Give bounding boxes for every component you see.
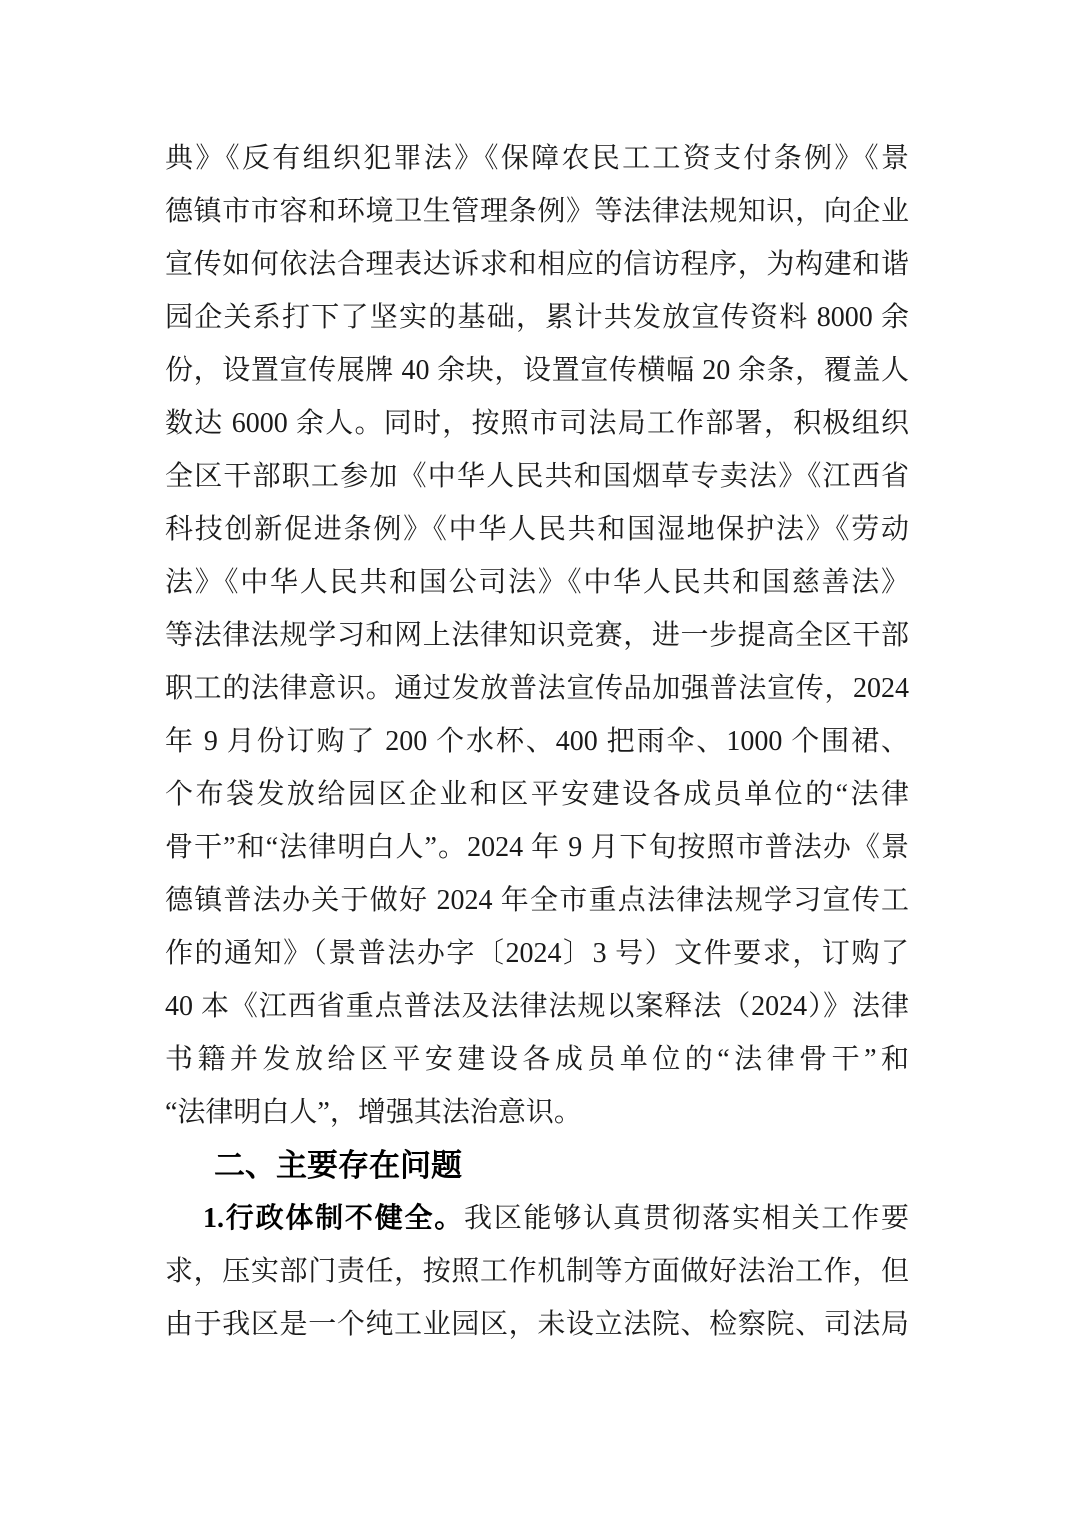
document-page: 典》《反有组织犯罪法》《保障农民工工资支付条例》《景德镇市市容和环境卫生管理条例…	[0, 0, 1074, 1520]
document-line: 科技创新促进条例》《中华人民共和国湿地保护法》《劳动	[165, 503, 909, 556]
text-run: 典》《反有组织犯罪法》《保障农民工工资支付条例》《景	[165, 143, 909, 174]
text-run: 个布袋发放给园区企业和区平安建设各成员单位的“法律	[165, 779, 909, 810]
document-line: 骨干”和“法律明白人”。2024 年 9 月下旬按照市普法办《景	[165, 821, 909, 874]
bold-run: 1.行政体制不健全。	[203, 1203, 464, 1234]
document-line: 职工的法律意识。通过发放普法宣传品加强普法宣传，2024	[165, 662, 909, 715]
text-run: 德镇市市容和环境卫生管理条例》等法律法规知识，向企业	[165, 196, 909, 227]
text-run: 德镇普法办关于做好 2024 年全市重点法律法规学习宣传工	[165, 885, 909, 916]
document-line: 作的通知》（景普法办字〔2024〕3 号）文件要求，订购了	[165, 927, 909, 980]
section-heading: 二、主要存在问题	[165, 1139, 909, 1192]
document-line: 由于我区是一个纯工业园区，未设立法院、检察院、司法局	[165, 1298, 909, 1351]
text-run: 由于我区是一个纯工业园区，未设立法院、检察院、司法局	[165, 1309, 909, 1340]
document-line: 求，压实部门责任，按照工作机制等方面做好法治工作，但	[165, 1245, 909, 1298]
text-run: 法》《中华人民共和国公司法》《中华人民共和国慈善法》	[165, 567, 909, 598]
document-line: 等法律法规学习和网上法律知识竞赛，进一步提高全区干部	[165, 609, 909, 662]
text-run: 作的通知》（景普法办字〔2024〕3 号）文件要求，订购了	[165, 938, 909, 969]
text-run: 科技创新促进条例》《中华人民共和国湿地保护法》《劳动	[165, 514, 909, 545]
document-line: 宣传如何依法合理表达诉求和相应的信访程序，为构建和谐	[165, 238, 909, 291]
text-run: 求，压实部门责任，按照工作机制等方面做好法治工作，但	[165, 1256, 909, 1287]
text-run: 骨干”和“法律明白人”。2024 年 9 月下旬按照市普法办《景	[165, 832, 909, 863]
text-run: 职工的法律意识。通过发放普法宣传品加强普法宣传，2024	[165, 673, 909, 704]
document-line: 园企关系打下了坚实的基础，累计共发放宣传资料 8000 余	[165, 291, 909, 344]
document-line: 典》《反有组织犯罪法》《保障农民工工资支付条例》《景	[165, 132, 909, 185]
document-line: 1.行政体制不健全。我区能够认真贯彻落实相关工作要	[165, 1192, 909, 1245]
document-line: 德镇普法办关于做好 2024 年全市重点法律法规学习宣传工	[165, 874, 909, 927]
document-line: 年 9 月份订购了 200 个水杯、400 把雨伞、1000 个围裙、1000	[165, 715, 909, 768]
document-line: 个布袋发放给园区企业和区平安建设各成员单位的“法律	[165, 768, 909, 821]
text-run: 等法律法规学习和网上法律知识竞赛，进一步提高全区干部	[165, 620, 909, 651]
text-run: 40 本《江西省重点普法及法律法规以案释法（2024）》法律	[165, 991, 909, 1022]
document-line: 全区干部职工参加《中华人民共和国烟草专卖法》《江西省	[165, 450, 909, 503]
document-line: 40 本《江西省重点普法及法律法规以案释法（2024）》法律	[165, 980, 909, 1033]
text-run: 数达 6000 余人。同时，按照市司法局工作部署，积极组织	[165, 408, 909, 439]
document-line: 书籍并发放给区平安建设各成员单位的“法律骨干”和	[165, 1033, 909, 1086]
document-line: 份，设置宣传展牌 40 余块，设置宣传横幅 20 余条，覆盖人	[165, 344, 909, 397]
document-line: 德镇市市容和环境卫生管理条例》等法律法规知识，向企业	[165, 185, 909, 238]
document-line: 数达 6000 余人。同时，按照市司法局工作部署，积极组织	[165, 397, 909, 450]
document-body: 典》《反有组织犯罪法》《保障农民工工资支付条例》《景德镇市市容和环境卫生管理条例…	[165, 132, 909, 1351]
document-line: 法》《中华人民共和国公司法》《中华人民共和国慈善法》	[165, 556, 909, 609]
text-run: 我区能够认真贯彻落实相关工作要	[464, 1203, 909, 1234]
text-run: 二、主要存在问题	[214, 1148, 462, 1183]
text-run: 全区干部职工参加《中华人民共和国烟草专卖法》《江西省	[165, 461, 909, 492]
text-run: 份，设置宣传展牌 40 余块，设置宣传横幅 20 余条，覆盖人	[165, 355, 909, 386]
text-run: 年 9 月份订购了 200 个水杯、400 把雨伞、1000 个围裙、1000	[165, 726, 909, 768]
text-run: 宣传如何依法合理表达诉求和相应的信访程序，为构建和谐	[165, 249, 909, 280]
document-line: “法律明白人”，增强其法治意识。	[165, 1086, 909, 1139]
text-run: 书籍并发放给区平安建设各成员单位的“法律骨干”和	[165, 1044, 909, 1075]
text-run: 园企关系打下了坚实的基础，累计共发放宣传资料 8000 余	[165, 302, 909, 333]
text-run: “法律明白人”，增强其法治意识。	[165, 1097, 582, 1128]
